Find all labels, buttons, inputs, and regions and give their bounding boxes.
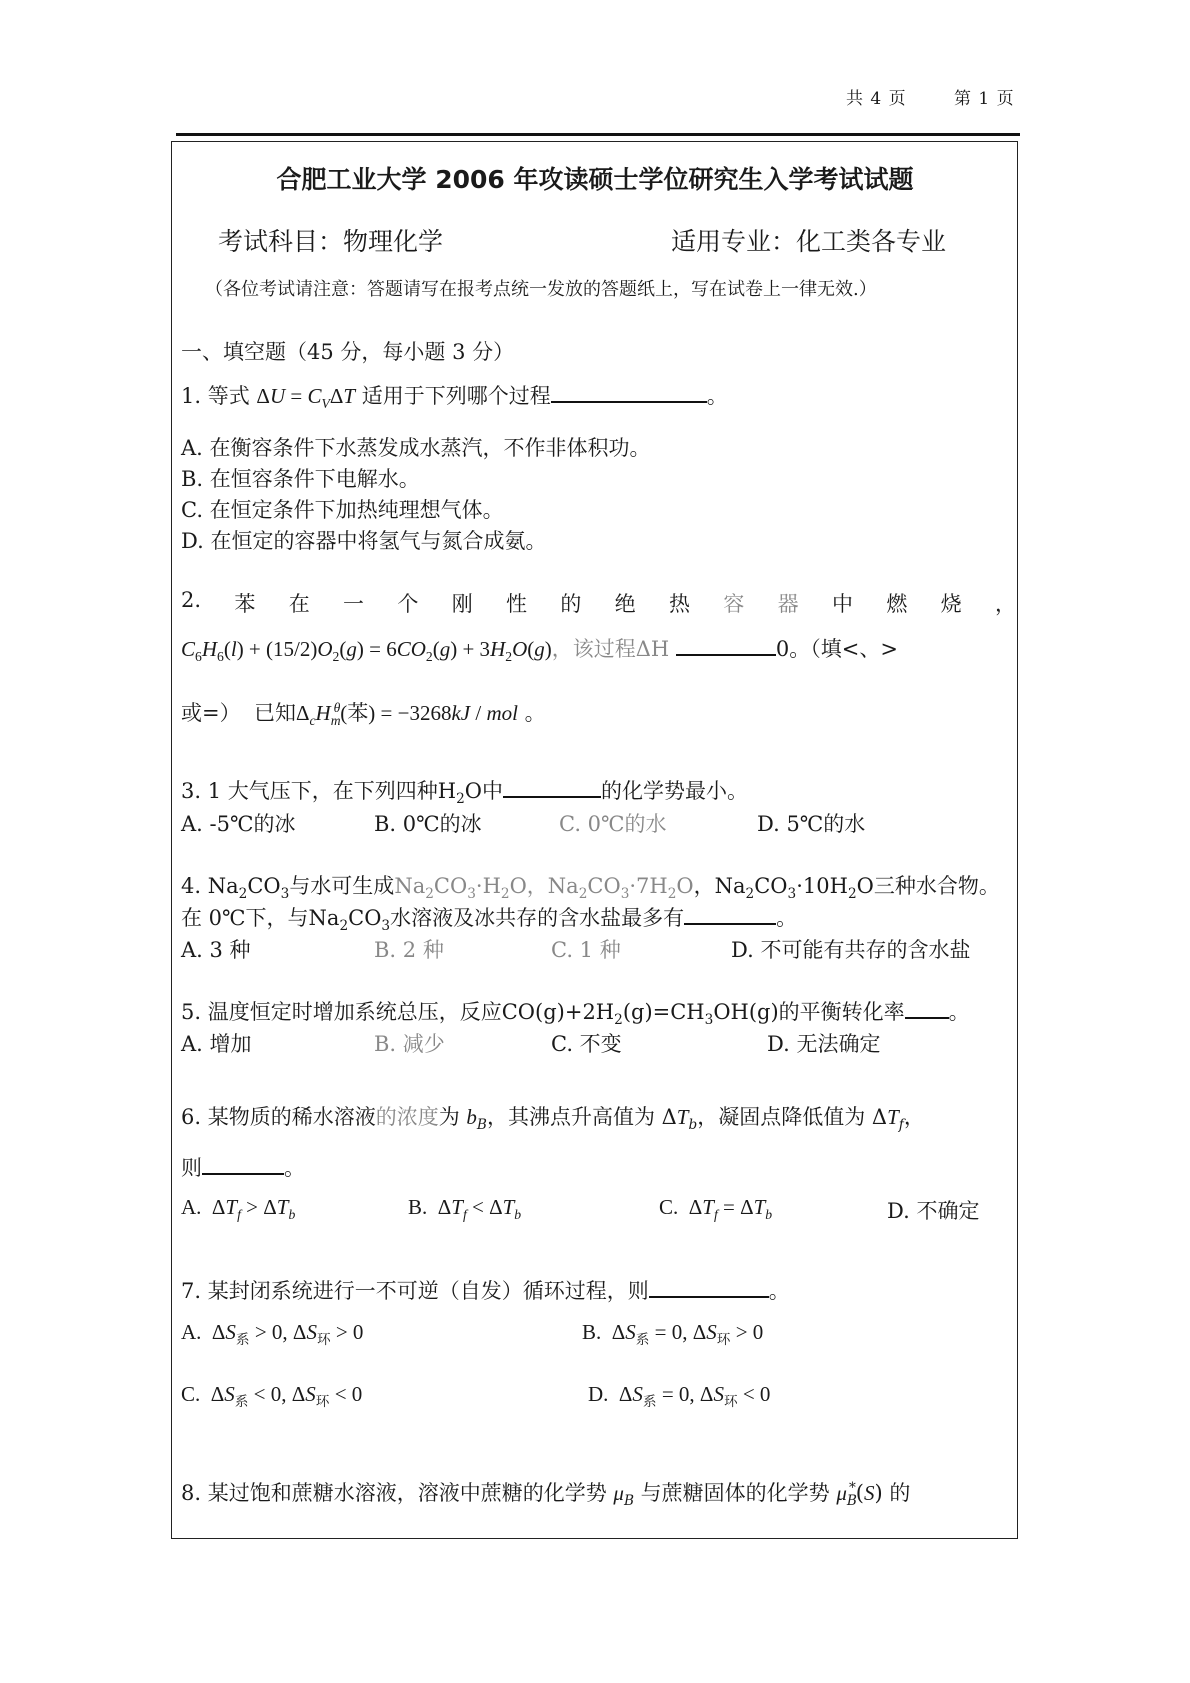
question-3: 3. 1 大气压下，在下列四种H2O中的化学势最小。 xyxy=(181,775,748,807)
question-number: 6. xyxy=(181,1105,201,1129)
question-text: 0。（填<、> xyxy=(776,637,898,661)
exam-major: 适用专业：化工类各专业 xyxy=(671,222,946,258)
q1-option-c: C. 在恒定条件下加热纯理想气体。 xyxy=(181,494,504,524)
q3-option-b: B. 0℃的冰 xyxy=(374,808,482,838)
question-number: 1. xyxy=(181,384,201,408)
char: 中 xyxy=(832,588,853,618)
char: 个 xyxy=(397,588,418,618)
question-text: 某过饱和蔗糖水溶液，溶液中蔗糖的化学势 μB 与蔗糖固体的化学势 μB*(S) … xyxy=(208,1481,911,1505)
q6-option-c: C. ΔTf = ΔTb xyxy=(659,1195,772,1223)
answer-blank[interactable] xyxy=(551,383,707,403)
char: 器 xyxy=(778,588,799,618)
q4-option-c: C. 1 种 xyxy=(551,934,621,964)
exam-notice: （各位考试请注意：答题请写在报考点统一发放的答题纸上，写在试卷上一律无效.） xyxy=(205,275,877,301)
reaction-equation: C6H6(l) + (15/2)O2(g) = 6CO2(g) + 3H2O(g… xyxy=(181,637,552,661)
punct: 。 xyxy=(284,1156,305,1180)
question-number: 3. xyxy=(181,779,201,803)
q4-option-b: B. 2 种 xyxy=(374,934,444,964)
question-6-line2: 则。 xyxy=(181,1152,305,1182)
char: 的 xyxy=(560,588,581,618)
q3-option-c: C. 0℃的水 xyxy=(559,808,667,838)
question-text: Na2CO3与水可生成Na2CO3·H2O，Na2CO3·7H2O，Na2CO3… xyxy=(208,874,1000,898)
question-number: 7. xyxy=(181,1279,201,1303)
q1-option-d: D. 在恒定的容器中将氢气与氮合成氨。 xyxy=(181,525,546,555)
question-number: 8. xyxy=(181,1481,201,1505)
question-2-line1: 2. 苯 在 一 个 刚 性 的 绝 热 容 器 中 燃 烧 ， xyxy=(181,588,1016,618)
q5-option-b: B. 减少 xyxy=(374,1028,445,1058)
question-4-line1: 4. Na2CO3与水可生成Na2CO3·H2O，Na2CO3·7H2O，Na2… xyxy=(181,870,1000,902)
punct: 。 xyxy=(707,384,728,408)
question-number: 5. xyxy=(181,1000,201,1024)
punct: 。 xyxy=(769,1279,790,1303)
q6-option-b: B. ΔTf < ΔTb xyxy=(408,1195,521,1223)
q7-option-d: D. ΔS系 = 0, ΔS环 < 0 xyxy=(588,1382,770,1410)
question-2-line2: C6H6(l) + (15/2)O2(g) = 6CO2(g) + 3H2O(g… xyxy=(181,633,898,665)
current-page: 第 1 页 xyxy=(954,84,1015,109)
question-text: 或=） 已知 xyxy=(181,701,296,725)
char: 性 xyxy=(506,588,527,618)
question-number: 4. xyxy=(181,874,201,898)
q3-option-d: D. 5℃的水 xyxy=(757,808,865,838)
char: 苯 xyxy=(234,588,255,618)
question-text: 则 xyxy=(181,1156,202,1180)
punct: 。 xyxy=(776,906,797,930)
exam-subject: 考试科目：物理化学 xyxy=(218,222,443,258)
question-text: 适用于下列哪个过程 xyxy=(362,384,551,408)
question-text: 温度恒定时增加系统总压，反应CO(g)+2H2(g)=CH3OH(g)的平衡转化… xyxy=(208,1000,905,1024)
q7-option-c: C. ΔS系 < 0, ΔS环 < 0 xyxy=(181,1382,362,1410)
question-text: 某物质的稀水溶液的浓度为 bB，其沸点升高值为 ΔTb，凝固点降低值为 ΔTf， xyxy=(208,1105,925,1129)
formula: ΔU = CVΔT xyxy=(256,384,355,408)
char: 燃 xyxy=(886,588,907,618)
char: 容 xyxy=(723,588,744,618)
q5-option-a: A. 增加 xyxy=(181,1028,252,1058)
answer-blank[interactable] xyxy=(649,1278,769,1298)
q1-option-b: B. 在恒容条件下电解水。 xyxy=(181,463,420,493)
answer-blank[interactable] xyxy=(676,636,776,656)
question-1: 1. 等式 ΔU = CVΔT 适用于下列哪个过程。 xyxy=(181,380,728,412)
question-text: 在 0℃下，与Na2CO3水溶液及冰共存的含水盐最多有 xyxy=(181,906,684,930)
answer-blank[interactable] xyxy=(503,778,601,798)
exam-title: 合肥工业大学 2006 年攻读硕士学位研究生入学考试试题 xyxy=(0,160,1190,196)
question-6-line1: 6. 某物质的稀水溶液的浓度为 bB，其沸点升高值为 ΔTb，凝固点降低值为 Δ… xyxy=(181,1101,925,1133)
q4-option-a: A. 3 种 xyxy=(181,934,251,964)
question-2-line3: 或=） 已知ΔcHmθ(苯) = −3268kJ / mol 。 xyxy=(181,697,546,729)
char: 一 xyxy=(343,588,364,618)
q5-option-c: C. 不变 xyxy=(551,1028,622,1058)
question-4-line2: 在 0℃下，与Na2CO3水溶液及冰共存的含水盐最多有。 xyxy=(181,902,797,934)
char: 绝 xyxy=(615,588,636,618)
char: 烧 xyxy=(941,588,962,618)
question-text: 的化学势最小。 xyxy=(601,779,748,803)
answer-blank[interactable] xyxy=(202,1155,284,1175)
formula: ΔcHmθ(苯) = −3268kJ / mol xyxy=(296,701,518,725)
answer-blank[interactable] xyxy=(905,999,949,1019)
question-number: 2. xyxy=(181,588,201,618)
q6-option-d: D. 不确定 xyxy=(887,1195,979,1225)
char: 在 xyxy=(289,588,310,618)
q3-option-a: A. -5℃的冰 xyxy=(181,808,295,838)
question-text: 等式 xyxy=(208,384,250,408)
question-7: 7. 某封闭系统进行一不可逆（自发）循环过程，则。 xyxy=(181,1275,790,1305)
q7-option-a: A. ΔS系 > 0, ΔS环 > 0 xyxy=(181,1320,363,1348)
q6-option-a: A. ΔTf > ΔTb xyxy=(181,1195,295,1223)
question-8: 8. 某过饱和蔗糖水溶液，溶液中蔗糖的化学势 μB 与蔗糖固体的化学势 μB*(… xyxy=(181,1477,910,1509)
question-text: 某封闭系统进行一不可逆（自发）循环过程，则 xyxy=(208,1279,649,1303)
char: 刚 xyxy=(452,588,473,618)
char: 热 xyxy=(669,588,690,618)
section-heading: 一、填空题（45 分，每小题 3 分） xyxy=(181,336,514,366)
question-text: 1 大气压下，在下列四种H2O中 xyxy=(208,779,503,803)
q1-option-a: A. 在衡容条件下水蒸发成水蒸汽，不作非体积功。 xyxy=(181,432,651,462)
q7-option-b: B. ΔS系 = 0, ΔS环 > 0 xyxy=(582,1320,763,1348)
q5-option-d: D. 无法确定 xyxy=(767,1028,880,1058)
header-rule xyxy=(176,133,1020,136)
q4-option-d: D. 不可能有共存的含水盐 xyxy=(731,934,970,964)
char: ， xyxy=(995,588,1016,618)
question-5: 5. 温度恒定时增加系统总压，反应CO(g)+2H2(g)=CH3OH(g)的平… xyxy=(181,996,970,1028)
punct: 。 xyxy=(949,1000,970,1024)
total-pages: 共 4 页 xyxy=(846,84,907,109)
answer-blank[interactable] xyxy=(684,905,776,925)
question-text: ，该过程ΔH xyxy=(552,637,669,661)
